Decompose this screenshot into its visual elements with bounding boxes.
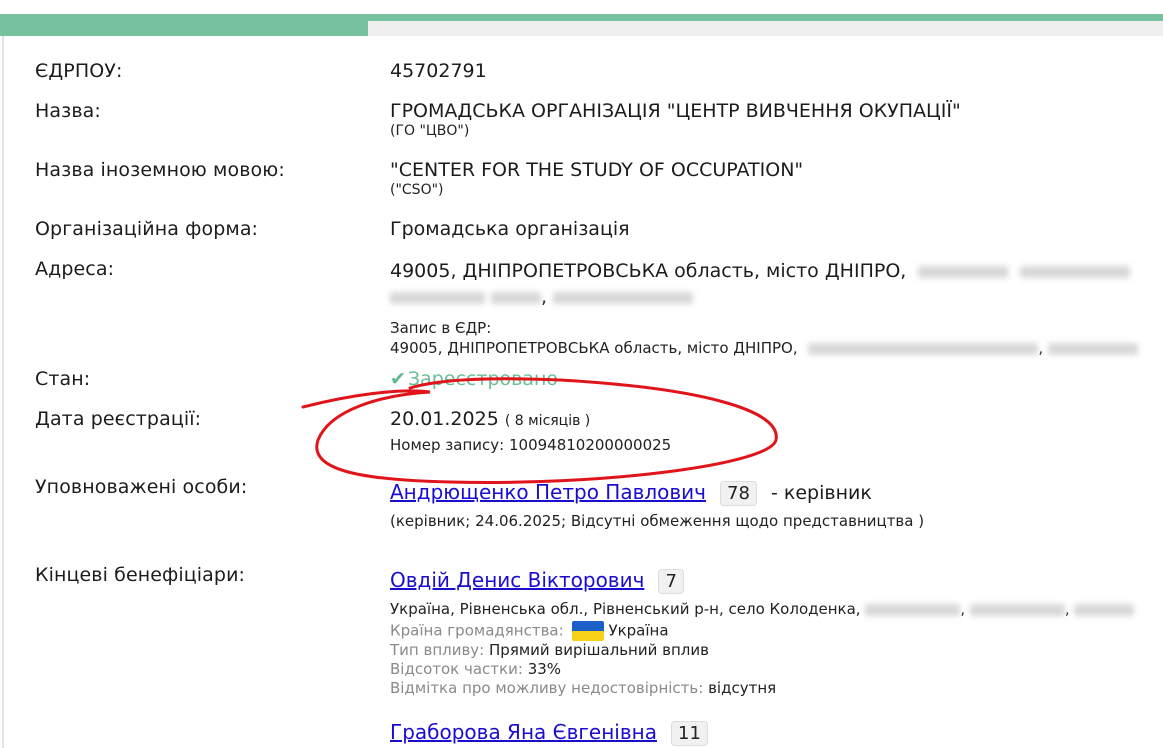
beneficiary-meta: Україна, Рівненська обл., Рівненський р-… xyxy=(390,600,1134,698)
edr-address: Запис в ЄДР: 49005, ДНІПРОПЕТРОВСЬКА обл… xyxy=(390,318,1138,358)
foreign-full-name: "CENTER FOR THE STUDY OF OCCUPATION" xyxy=(390,159,803,181)
org-form-value: Громадська організація xyxy=(390,218,630,240)
edrpou-value: 45702791 xyxy=(390,60,487,82)
beneficiary-address: Україна, Рівненська обл., Рівненський р-… xyxy=(390,600,1134,619)
address-label: Адреса: xyxy=(35,258,114,280)
influence-label: Тип впливу: xyxy=(390,641,484,659)
ukraine-flag-icon xyxy=(572,621,604,641)
tab-accent-line xyxy=(368,14,1163,21)
share: Відсоток частки: 33% xyxy=(390,660,1134,679)
citizenship-label: Країна громадянства: xyxy=(390,622,564,640)
tab-active[interactable] xyxy=(0,14,368,36)
redacted-text xyxy=(808,343,1038,355)
share-value: 33% xyxy=(528,660,561,678)
person-link[interactable]: Андрющенко Петро Павлович xyxy=(390,480,706,504)
foreign-name-label: Назва іноземною мовою: xyxy=(35,159,285,181)
short-name: (ГО "ЦВО") xyxy=(390,123,961,139)
person-details: (керівник; 24.06.2025; Відсутні обмеженн… xyxy=(390,512,924,530)
unreliable-label: Відмітка про можливу недостовірність: xyxy=(390,679,703,697)
address-value: 49005, ДНІПРОПЕТРОВСЬКА область, місто Д… xyxy=(390,258,1138,358)
record-label: Номер запису: xyxy=(390,436,504,454)
name-label: Назва: xyxy=(35,100,101,122)
reg-date: 20.01.2025 xyxy=(390,408,499,430)
unreliable-value: відсутня xyxy=(708,679,776,697)
redacted-text xyxy=(865,604,960,616)
citizenship: Країна громадянства: Україна xyxy=(390,621,1134,641)
tab-bar xyxy=(0,14,1163,36)
reg-age: ( 8 місяців ) xyxy=(505,413,590,429)
beneficiary-item: Овдій Денис Вікторович 7 Україна, Рівнен… xyxy=(390,568,1134,698)
redacted-text xyxy=(491,292,541,304)
count-badge[interactable]: 78 xyxy=(720,481,757,506)
redacted-text xyxy=(1020,266,1130,278)
foreign-name-value: "CENTER FOR THE STUDY OF OCCUPATION" ("C… xyxy=(390,159,803,198)
foreign-short-name: ("CSO") xyxy=(390,182,803,198)
influence-value: Прямий вирішальний вплив xyxy=(489,641,709,659)
beneficiary-item: Граборова Яна Євгенівна 11 xyxy=(390,720,1134,746)
check-icon: ✔ xyxy=(390,368,406,390)
address-text: 49005, ДНІПРОПЕТРОВСЬКА область, місто Д… xyxy=(390,260,906,282)
name-value: ГРОМАДСЬКА ОРГАНІЗАЦІЯ "ЦЕНТР ВИВЧЕННЯ О… xyxy=(390,100,961,139)
count-badge[interactable]: 11 xyxy=(671,721,708,746)
influence: Тип впливу: Прямий вирішальний вплив xyxy=(390,641,1134,660)
beneficiary-link[interactable]: Овдій Денис Вікторович xyxy=(390,568,644,592)
full-name: ГРОМАДСЬКА ОРГАНІЗАЦІЯ "ЦЕНТР ВИВЧЕННЯ О… xyxy=(390,100,961,122)
redacted-text xyxy=(918,266,1008,278)
status-label: Стан: xyxy=(35,368,90,390)
tab-inactive[interactable] xyxy=(368,21,1163,36)
beneficiaries-value: Овдій Денис Вікторович 7 Україна, Рівнен… xyxy=(390,568,1134,746)
authorized-label: Уповноважені особи: xyxy=(35,476,247,498)
share-label: Відсоток частки: xyxy=(390,660,523,678)
redacted-text xyxy=(553,292,693,304)
redacted-text xyxy=(1074,604,1134,616)
company-details-panel: ЄДРПОУ: 45702791 Назва: ГРОМАДСЬКА ОРГАН… xyxy=(2,36,1163,748)
org-form-label: Організаційна форма: xyxy=(35,218,258,240)
record-number: Номер запису: 10094810200000025 xyxy=(390,436,671,454)
reg-date-value: 20.01.2025 ( 8 місяців ) Номер запису: 1… xyxy=(390,408,671,454)
edr-label: Запис в ЄДР: xyxy=(390,319,491,337)
beneficiary-link[interactable]: Граборова Яна Євгенівна xyxy=(390,720,657,744)
edrpou-label: ЄДРПОУ: xyxy=(35,60,123,82)
reg-date-label: Дата реєстрації: xyxy=(35,408,201,430)
record-value: 10094810200000025 xyxy=(509,436,671,454)
count-badge[interactable]: 7 xyxy=(658,569,683,594)
role-text: - керівник xyxy=(771,482,872,504)
edr-address-text: 49005, ДНІПРОПЕТРОВСЬКА область, місто Д… xyxy=(390,339,798,357)
status-text: Зареєстровано xyxy=(408,368,558,390)
redacted-text xyxy=(390,292,485,304)
beneficiaries-label: Кінцеві бенефіціари: xyxy=(35,564,245,586)
citizenship-value: Україна xyxy=(608,622,668,640)
status-value: ✔Зареєстровано xyxy=(390,368,558,390)
redacted-text xyxy=(1048,343,1138,355)
unreliable: Відмітка про можливу недостовірність: ві… xyxy=(390,679,1134,698)
authorized-value: Андрющенко Петро Павлович 78 - керівник … xyxy=(390,480,924,530)
beneficiary-address-text: Україна, Рівненська обл., Рівненський р-… xyxy=(390,600,861,618)
redacted-text xyxy=(970,604,1065,616)
